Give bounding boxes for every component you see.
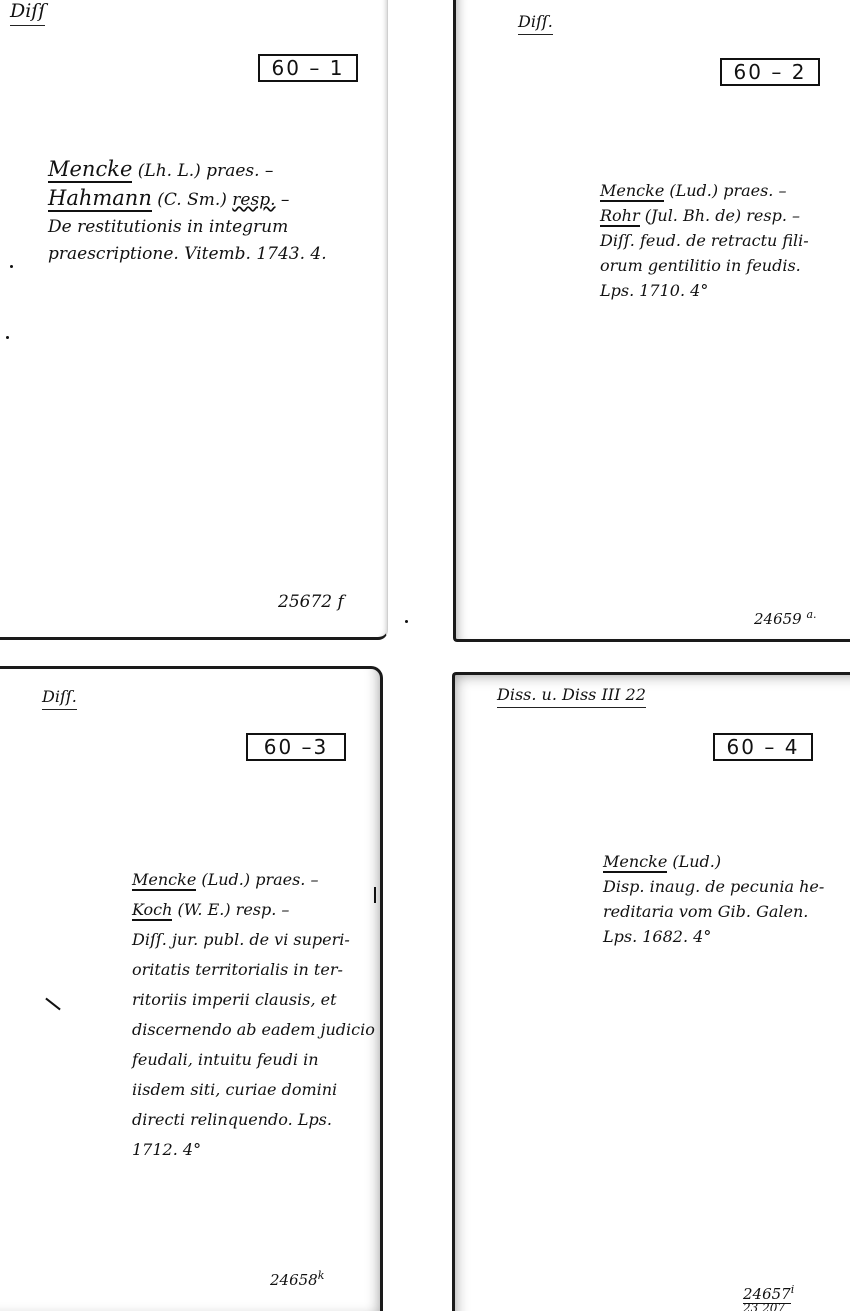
respondent-role: resp. <box>232 190 275 210</box>
praeses-initials: (Lud.) praes. – <box>664 181 786 200</box>
accession-number: 24657i 23 207 <box>743 1283 794 1311</box>
catalog-card-60-2: Diſſ. 60 – 2 Mencke (Lud.) praes. – Rohr… <box>453 0 850 642</box>
bibliographic-entry: Mencke (Lud.) praes. – Rohr (Jul. Bh. de… <box>600 178 809 303</box>
accession-number: 24659 a. <box>754 608 817 628</box>
speck <box>6 336 9 339</box>
respondent-initials: (C. Sm.) <box>152 190 232 210</box>
accession-number: 24658k <box>270 1269 324 1289</box>
title-line: discernendo ab eadem judicio <box>132 1015 375 1045</box>
praeses-name: Mencke <box>600 181 664 202</box>
title-line: reditaria vom Gib. Galen. <box>603 899 824 924</box>
title-line: Diſſ. jur. publ. de vi superi- <box>132 925 375 955</box>
accession-suffix: i <box>791 1283 795 1296</box>
title-line: De restitutionis in integrum <box>48 214 327 241</box>
praeses-line: Mencke (Lud.) praes. – <box>132 865 375 895</box>
accession-suffix: k <box>318 1269 325 1282</box>
shelfmark-box: 60 – 4 <box>713 733 813 761</box>
shelfmark-box: 60 –3 <box>246 733 346 761</box>
title-line: Diſſ. feud. de retractu fili- <box>600 228 809 253</box>
imprint-line: Lps. 1710. 4° <box>600 278 809 303</box>
catalog-card-60-4: Diss. u. Diss III 22 60 – 4 Mencke (Lud.… <box>452 672 850 1311</box>
imprint-line: 1712. 4° <box>132 1135 375 1165</box>
title-line: ritoriis imperii clausis, et <box>132 985 375 1015</box>
accession-digits: 24659 <box>754 610 802 628</box>
respondent-initials: (Jul. Bh. de) resp. – <box>640 206 800 225</box>
respondent-name: Rohr <box>600 206 640 227</box>
praeses-line: Mencke (Lh. L.) praes. – <box>48 156 327 185</box>
respondent-line: Hahmann (C. Sm.) resp. – <box>48 185 327 214</box>
title-line: praescriptione. Vitemb. 1743. 4. <box>48 241 327 268</box>
stray-pen-mark <box>374 887 376 903</box>
respondent-name: Koch <box>132 900 172 921</box>
respondent-line: Koch (W. E.) resp. – <box>132 895 375 925</box>
catalog-card-60-3: Diſſ. 60 –3 Mencke (Lud.) praes. – Koch … <box>0 666 383 1311</box>
catalog-card-60-1: Diſſ 60 – 1 Mencke (Lh. L.) praes. – Hah… <box>0 0 388 640</box>
title-line: orum gentilitio in feudis. <box>600 253 809 278</box>
card-category-label: Diſſ. <box>42 687 77 710</box>
stray-pen-mark <box>45 998 60 1011</box>
praeses-name: Mencke <box>603 852 667 873</box>
title-line: directi relinquendo. Lps. <box>132 1105 375 1135</box>
praeses-initials: (Lud.) praes. – <box>196 870 318 889</box>
card-category-label: Diss. u. Diss III 22 <box>497 685 646 708</box>
shelfmark-box: 60 – 1 <box>258 54 358 82</box>
title-line: iisdem siti, curiae domini <box>132 1075 375 1105</box>
title-line: feudali, intuitu feudi in <box>132 1045 375 1075</box>
speck <box>405 620 408 623</box>
bibliographic-entry: Mencke (Lud.) praes. – Koch (W. E.) resp… <box>132 865 375 1165</box>
accession-number: 25672 f <box>278 592 344 612</box>
card-category-label: Diſſ <box>10 0 45 26</box>
respondent-name: Hahmann <box>48 186 152 212</box>
shelfmark-box: 60 – 2 <box>720 58 820 86</box>
accession-suffix: f <box>338 592 344 612</box>
accession-digits: 24658 <box>270 1271 318 1289</box>
speck <box>10 265 13 268</box>
accession-suffix: a. <box>807 608 817 621</box>
accession-secondary-number: 23 207 <box>743 1303 794 1311</box>
respondent-line: Rohr (Jul. Bh. de) resp. – <box>600 203 809 228</box>
praeses-initials: (Lud.) <box>667 852 721 871</box>
bibliographic-entry: Mencke (Lh. L.) praes. – Hahmann (C. Sm.… <box>48 156 327 268</box>
title-line: Disp. inaug. de pecunia he- <box>603 874 824 899</box>
praeses-initials: (Lh. L.) praes. – <box>132 161 273 181</box>
praeses-name: Mencke <box>48 157 132 183</box>
card-category-label: Diſſ. <box>518 12 553 35</box>
accession-digits: 25672 <box>278 592 332 612</box>
praeses-name: Mencke <box>132 870 196 891</box>
bibliographic-entry: Mencke (Lud.) Disp. inaug. de pecunia he… <box>603 849 824 949</box>
respondent-dash: – <box>276 190 290 210</box>
respondent-initials: (W. E.) resp. – <box>172 900 289 919</box>
praeses-line: Mencke (Lud.) <box>603 849 824 874</box>
praeses-line: Mencke (Lud.) praes. – <box>600 178 809 203</box>
imprint-line: Lps. 1682. 4° <box>603 924 824 949</box>
title-line: oritatis territorialis in ter- <box>132 955 375 985</box>
